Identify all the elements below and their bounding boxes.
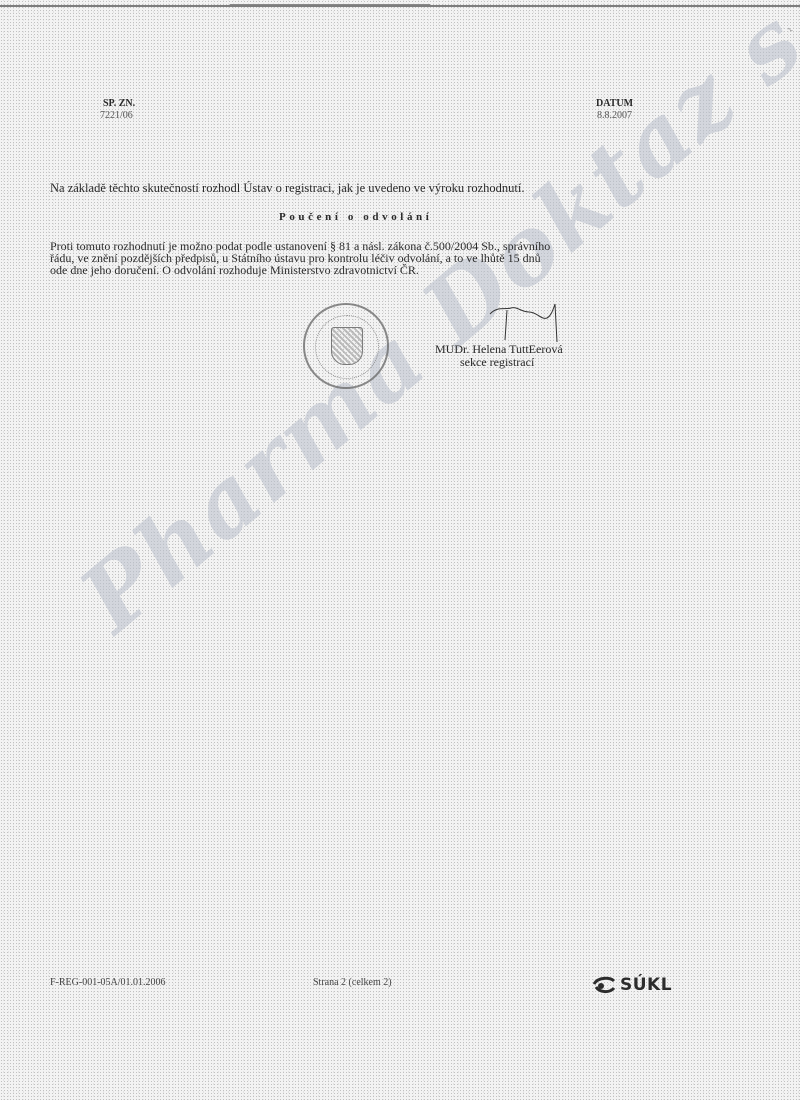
paragraph-line: ode dne jeho doručení. O odvolání rozhod… (50, 264, 690, 276)
decision-intro-text: Na základě těchto skutečností rozhodl Ús… (50, 181, 525, 196)
official-seal-icon (303, 303, 389, 389)
appeal-instructions-paragraph: Proti tomuto rozhodnutí je možno podat p… (50, 240, 690, 276)
page-number: Strana 2 (celkem 2) (313, 977, 392, 988)
sukl-logo: SÚKL (592, 975, 672, 995)
date-value: 8.8.2007 (597, 110, 632, 122)
top-edge-rule-secondary (230, 4, 430, 5)
form-code: F-REG-001-05A/01.01.2006 (50, 977, 166, 988)
appeal-instructions-heading: Poučení o odvolání (279, 211, 432, 223)
top-edge-rule (0, 5, 800, 7)
reference-number: 7221/06 (100, 110, 133, 122)
sukl-logo-text: SÚKL (620, 975, 672, 995)
coat-of-arms-icon (331, 327, 363, 365)
sukl-eye-icon (592, 975, 616, 995)
handwritten-signature-icon (485, 300, 565, 345)
date-label: DATUM (596, 98, 633, 110)
signatory-department: sekce registrací (460, 355, 534, 370)
reference-label: SP. ZN. (103, 98, 135, 110)
